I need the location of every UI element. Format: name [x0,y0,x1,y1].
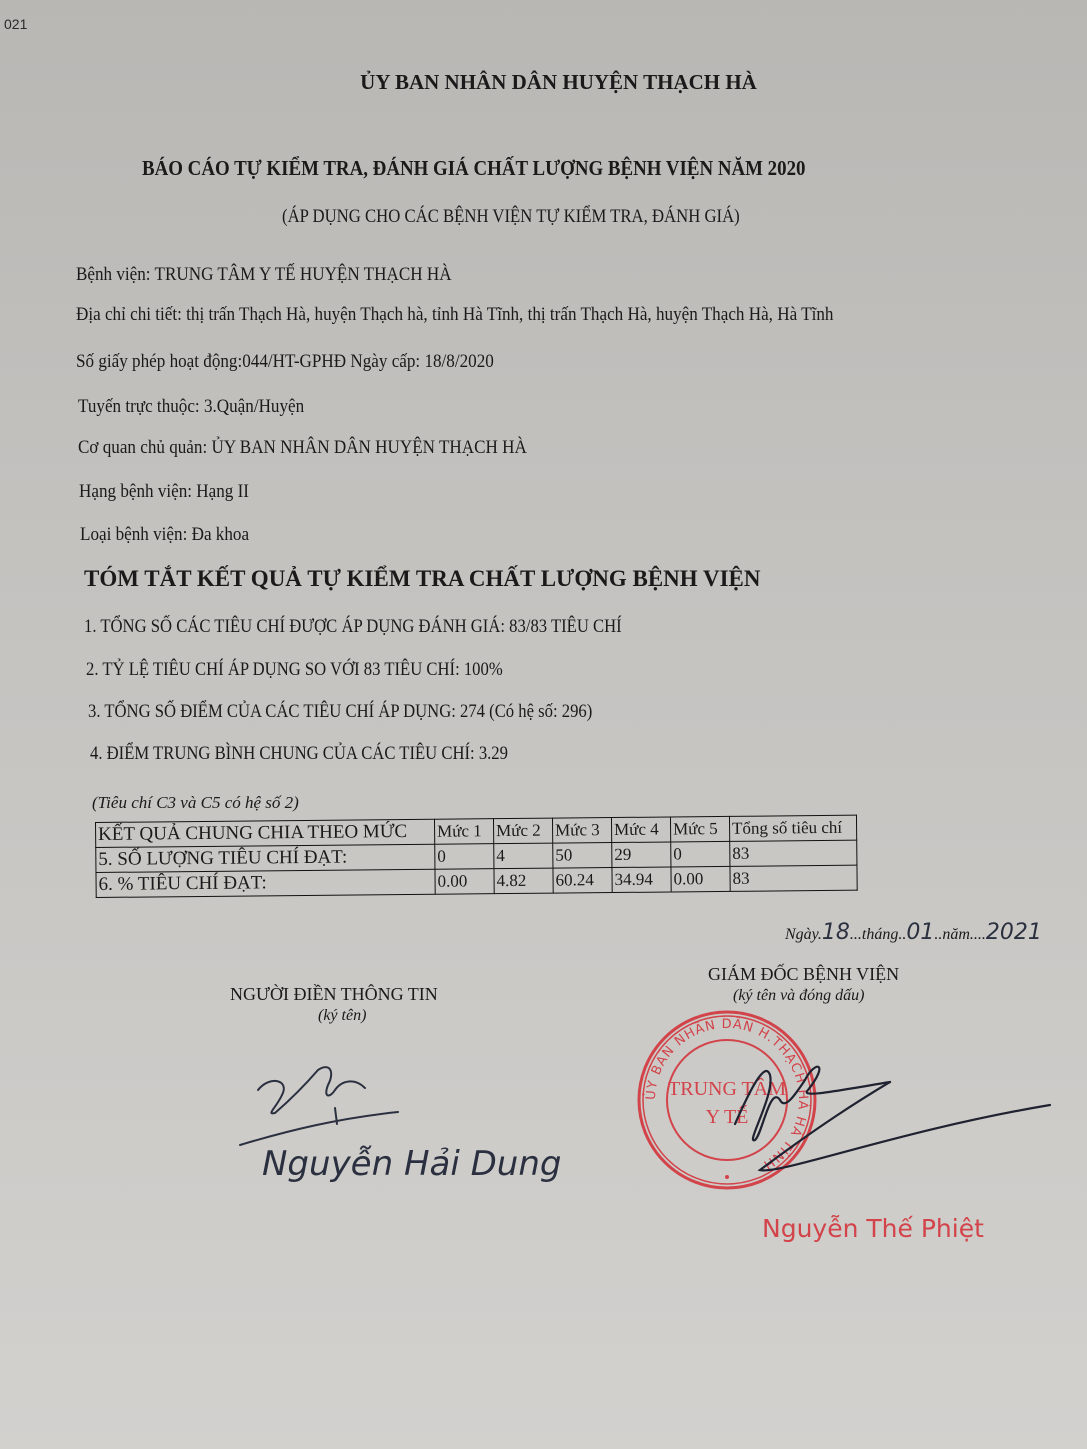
director-name: Nguyễn Thế Phiệt [762,1214,984,1243]
